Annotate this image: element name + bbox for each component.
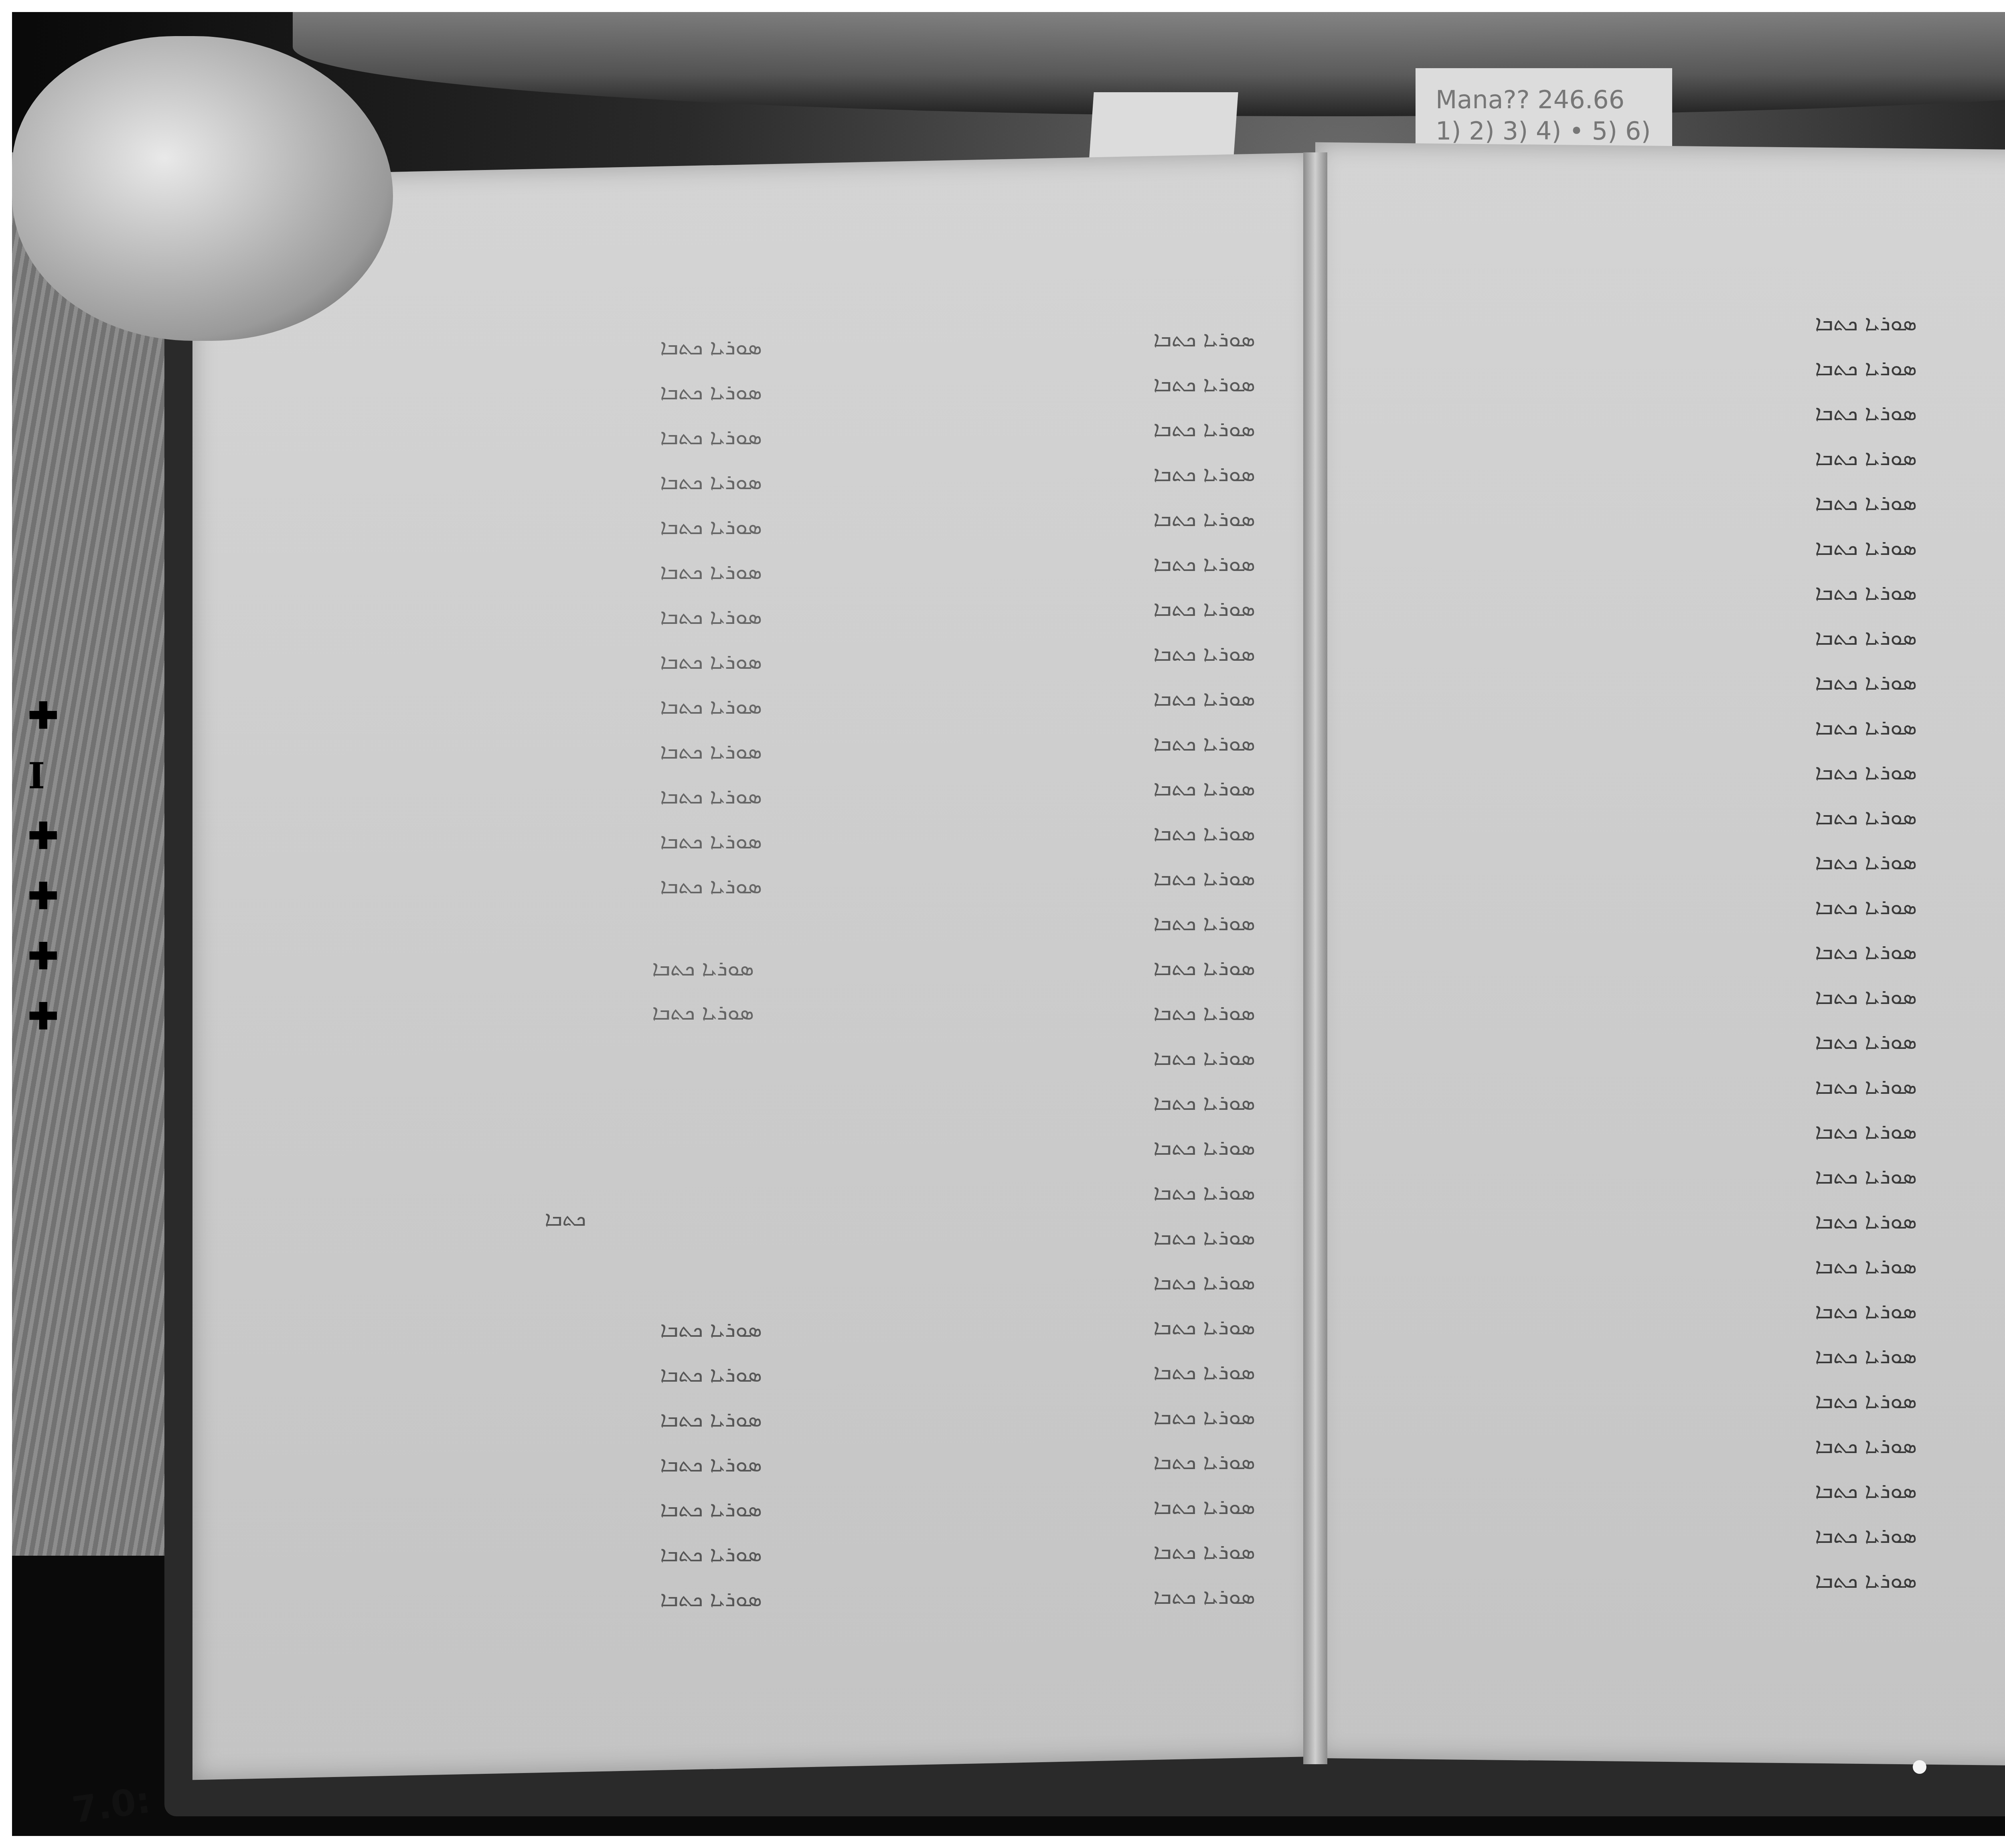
manuscript-line: ܣܘܪܝܐ ܟܬܒܐ bbox=[1913, 399, 2005, 443]
manuscript-line: ܣܘܪܝܐ ܟܬܒܐ bbox=[393, 1352, 762, 1397]
manuscript-line: ܣܘܪܝܐ ܟܬܒܐ bbox=[1913, 1431, 2005, 1476]
manuscript-line: ܣܘܪܝܐ ܟܬܒܐ bbox=[1395, 705, 1917, 750]
left-page-column-1-bottom: ܣܘܪܝܐ ܟܬܒܐܣܘܪܝܐ ܟܬܒܐܣܘܪܝܐ ܟܬܒܐܣܘܪܝܐ ܟܬܒܐ… bbox=[393, 1307, 762, 1648]
manuscript-line: ܣܘܪܝܐ ܟܬܒܐ bbox=[1913, 1566, 2005, 1611]
manuscript-line: ܣܘܪܝܐ ܟܬܒܐ bbox=[1395, 1513, 1917, 1558]
manuscript-line: ܣܘܪܝܐ ܟܬܒܐ bbox=[1913, 354, 2005, 399]
manuscript-line: ܣܘܪܝܐ ܟܬܒܐ bbox=[393, 864, 762, 906]
photograph-frame: ✚ I ✚ ✚ ✚ ✚ Mana?? 246.66 1) 2) 3) 4) • … bbox=[12, 12, 2005, 1836]
manuscript-line: ܣܘܪܝܐ ܟܬܒܐ bbox=[1395, 1199, 1917, 1244]
manuscript-line: ܣܘܪܝܐ ܟܬܒܐ bbox=[1913, 1342, 2005, 1387]
left-page-subscript: ܣܘܪܝܐ ܟܬܒܐܣܘܪܝܐ ܟܬܒܐ bbox=[433, 946, 754, 1034]
manuscript-line: ܣܘܪܝܐ ܟܬܒܐ bbox=[393, 594, 762, 639]
manuscript-line: ܣܘܪܝܐ ܟܬܒܐ bbox=[1395, 660, 1917, 705]
manuscript-line: ܣܘܪܝܐ ܟܬܒܐ bbox=[1913, 1521, 2005, 1566]
manuscript-line: ܣܘܪܝܐ ܟܬܒܐ bbox=[774, 1305, 1255, 1350]
manuscript-line: ܣܘܪܝܐ ܟܬܒܐ bbox=[393, 415, 762, 459]
manuscript-line: ܣܘܪܝܐ ܟܬܒܐ bbox=[774, 1215, 1255, 1260]
manuscript-line: ܣܘܪܝܐ ܟܬܒܐ bbox=[774, 586, 1255, 631]
manuscript-line: ܣܘܪܝܐ ܟܬܒܐ bbox=[774, 541, 1255, 586]
manuscript-line: ܣܘܪܝܐ ܟܬܒܐ bbox=[1913, 578, 2005, 623]
manuscript-line: ܣܘܪܝܐ ܟܬܒܐ bbox=[1913, 533, 2005, 578]
manuscript-line: ܣܘܪܝܐ ܟܬܒܐ bbox=[1395, 346, 1917, 391]
manuscript-line: ܣܘܪܝܐ ܟܬܒܐ bbox=[1395, 1064, 1917, 1109]
manuscript-line: ܣܘܪܝܐ ܟܬܒܐ bbox=[1913, 488, 2005, 533]
manuscript-line: ܣܘܪܝܐ ܟܬܒܐ bbox=[393, 639, 762, 684]
manuscript-line: ܣܘܪܝܐ ܟܬܒܐ bbox=[774, 1529, 1255, 1574]
left-page-column-1: ܣܘܪܝܐ ܟܬܒܐܣܘܪܝܐ ܟܬܒܐܣܘܪܝܐ ܟܬܒܐܣܘܪܝܐ ܟܬܒܐ… bbox=[393, 325, 762, 906]
manuscript-line: ܣܘܪܝܐ ܟܬܒܐ bbox=[1395, 750, 1917, 795]
manuscript-line: ܣܘܪܝܐ ܟܬܒܐ bbox=[393, 1442, 762, 1487]
manuscript-line: ܣܘܪܝܐ ܟܬܒܐ bbox=[1395, 570, 1917, 615]
manuscript-line: ܣܘܪܝܐ ܟܬܒܐ bbox=[1395, 1109, 1917, 1154]
manuscript-line: ܣܘܪܝܐ ܟܬܒܐ bbox=[1913, 1117, 2005, 1162]
manuscript-line: ܣܘܪܝܐ ܟܬܒܐ bbox=[774, 1395, 1255, 1439]
manuscript-line: ܣܘܪܝܐ ܟܬܒܐ bbox=[1913, 713, 2005, 758]
manuscript-line: ܣܘܪܝܐ ܟܬܒܐ bbox=[1395, 840, 1917, 885]
manuscript-line: ܣܘܪܝܐ ܟܬܒܐ bbox=[433, 990, 754, 1034]
manuscript-line: ܣܘܪܝܐ ܟܬܒܐ bbox=[393, 1532, 762, 1577]
catalog-slip-line-1: Mana?? 246.66 bbox=[1436, 84, 1652, 115]
manuscript-line: ܣܘܪܝܐ ܟܬܒܐ bbox=[393, 1397, 762, 1442]
paper-spot bbox=[1913, 1760, 1926, 1774]
manuscript-line: ܣܘܪܝܐ ܟܬܒܐ bbox=[433, 946, 754, 990]
manuscript-line: ܣܘܪܝܐ ܟܬܒܐ bbox=[1913, 758, 2005, 803]
manuscript-line: ܣܘܪܝܐ ܟܬܒܐ bbox=[393, 549, 762, 594]
manuscript-line: ܣܘܪܝܐ ܟܬܒܐ bbox=[774, 1125, 1255, 1170]
manuscript-line: ܣܘܪܝܐ ܟܬܒܐ bbox=[774, 1484, 1255, 1529]
manuscript-line: ܣܘܪܝܐ ܟܬܒܐ bbox=[393, 370, 762, 415]
manuscript-line: ܣܘܪܝܐ ܟܬܒܐ bbox=[774, 631, 1255, 676]
manuscript-line: ܣܘܪܝܐ ܟܬܒܐ bbox=[774, 1439, 1255, 1484]
manuscript-line: ܣܘܪܝܐ ܟܬܒܐ bbox=[1395, 1334, 1917, 1378]
adjacent-book-cross-marks: ✚ I ✚ ✚ ✚ ✚ bbox=[28, 686, 56, 1046]
manuscript-line: ܣܘܪܝܐ ܟܬܒܐ bbox=[774, 451, 1255, 496]
manuscript-line: ܣܘܪܝܐ ܟܬܒܐ bbox=[774, 990, 1255, 1035]
manuscript-line: ܣܘܪܝܐ ܟܬܒܐ bbox=[1913, 803, 2005, 848]
manuscript-line: ܣܘܪܝܐ ܟܬܒܐ bbox=[774, 856, 1255, 901]
manuscript-line: ܣܘܪܝܐ ܟܬܒܐ bbox=[774, 1170, 1255, 1215]
manuscript-line: ܣܘܪܝܐ ܟܬܒܐ bbox=[1395, 1423, 1917, 1468]
manuscript-line: ܣܘܪܝܐ ܟܬܒܐ bbox=[774, 676, 1255, 721]
manuscript-line: ܣܘܪܝܐ ܟܬܒܐ bbox=[1913, 309, 2005, 354]
manuscript-line: ܣܘܪܝܐ ܟܬܒܐ bbox=[1913, 937, 2005, 982]
manuscript-line: ܣܘܪܝܐ ܟܬܒܐ bbox=[1913, 893, 2005, 937]
manuscript-line: ܣܘܪܝܐ ܟܬܒܐ bbox=[1395, 885, 1917, 929]
manuscript-line: ܣܘܪܝܐ ܟܬܒܐ bbox=[1395, 480, 1917, 525]
left-page-heading: ܟܬܒܐ bbox=[473, 1207, 658, 1231]
manuscript-line: ܣܘܪܝܐ ܟܬܒܐ bbox=[393, 819, 762, 864]
manuscript-line: ܣܘܪܝܐ ܟܬܒܐ bbox=[393, 729, 762, 774]
manuscript-line: ܣܘܪܝܐ ܟܬܒܐ bbox=[1395, 301, 1917, 346]
right-page-column-2: ܣܘܪܝܐ ܟܬܒܐܣܘܪܝܐ ܟܬܒܐܣܘܪܝܐ ܟܬܒܐܣܘܪܝܐ ܟܬܒܐ… bbox=[1913, 309, 2005, 1632]
manuscript-line: ܣܘܪܝܐ ܟܬܒܐ bbox=[1395, 1378, 1917, 1423]
catalog-slip-line-2: 1) 2) 3) 4) • 5) 6) bbox=[1436, 115, 1652, 147]
manuscript-line: ܣܘܪܝܐ ܟܬܒܐ bbox=[1913, 1252, 2005, 1297]
manuscript-line: ܣܘܪܝܐ ܟܬܒܐ bbox=[1395, 1019, 1917, 1064]
manuscript-line: ܣܘܪܝܐ ܟܬܒܐ bbox=[1913, 1027, 2005, 1072]
manuscript-line: ܣܘܪܝܐ ܟܬܒܐ bbox=[1913, 1162, 2005, 1207]
manuscript-line: ܣܘܪܝܐ ܟܬܒܐ bbox=[1395, 1468, 1917, 1513]
manuscript-line: ܣܘܪܝܐ ܟܬܒܐ bbox=[1395, 615, 1917, 660]
manuscript-line: ܣܘܪܝܐ ܟܬܒܐ bbox=[1913, 1476, 2005, 1521]
manuscript-line: ܣܘܪܝܐ ܟܬܒܐ bbox=[774, 496, 1255, 541]
manuscript-line: ܣܘܪܝܐ ܟܬܒܐ bbox=[774, 1260, 1255, 1305]
manuscript-line: ܣܘܪܝܐ ܟܬܒܐ bbox=[393, 1487, 762, 1532]
left-page-column-2: ܣܘܪܝܐ ܟܬܒܐܣܘܪܝܐ ܟܬܒܐܣܘܪܝܐ ܟܬܒܐܣܘܪܝܐ ܟܬܒܐ… bbox=[774, 317, 1255, 1640]
manuscript-line: ܣܘܪܝܐ ܟܬܒܐ bbox=[1913, 443, 2005, 488]
manuscript-line: ܣܘܪܝܐ ܟܬܒܐ bbox=[774, 721, 1255, 766]
manuscript-line: ܣܘܪܝܐ ܟܬܒܐ bbox=[393, 504, 762, 549]
manuscript-line: ܣܘܪܝܐ ܟܬܒܐ bbox=[1395, 974, 1917, 1019]
manuscript-line: ܣܘܪܝܐ ܟܬܒܐ bbox=[1913, 1207, 2005, 1252]
manuscript-line: ܣܘܪܝܐ ܟܬܒܐ bbox=[774, 945, 1255, 990]
manuscript-line: ܣܘܪܝܐ ܟܬܒܐ bbox=[774, 901, 1255, 945]
manuscript-line: ܣܘܪܝܐ ܟܬܒܐ bbox=[774, 1350, 1255, 1395]
manuscript-line: ܣܘܪܝܐ ܟܬܒܐ bbox=[1395, 1289, 1917, 1334]
manuscript-line: ܣܘܪܝܐ ܟܬܒܐ bbox=[1395, 929, 1917, 974]
manuscript-line: ܣܘܪܝܐ ܟܬܒܐ bbox=[1913, 848, 2005, 893]
manuscript-line: ܣܘܪܝܐ ܟܬܒܐ bbox=[1913, 982, 2005, 1027]
manuscript-line: ܣܘܪܝܐ ܟܬܒܐ bbox=[774, 317, 1255, 362]
manuscript-line: ܣܘܪܝܐ ܟܬܒܐ bbox=[774, 1080, 1255, 1125]
manuscript-line: ܣܘܪܝܐ ܟܬܒܐ bbox=[774, 362, 1255, 407]
manuscript-line: ܣܘܪܝܐ ܟܬܒܐ bbox=[1395, 435, 1917, 480]
manuscript-line: ܣܘܪܝܐ ܟܬܒܐ bbox=[1395, 1558, 1917, 1603]
manuscript-line: ܣܘܪܝܐ ܟܬܒܐ bbox=[1395, 795, 1917, 840]
manuscript-line: ܣܘܪܝܐ ܟܬܒܐ bbox=[774, 1035, 1255, 1080]
right-page-column-1: ܣܘܪܝܐ ܟܬܒܐܣܘܪܝܐ ܟܬܒܐܣܘܪܝܐ ܟܬܒܐܣܘܪܝܐ ܟܬܒܐ… bbox=[1395, 301, 1917, 1624]
manuscript-line: ܣܘܪܝܐ ܟܬܒܐ bbox=[1913, 1072, 2005, 1117]
manuscript-line: ܣܘܪܝܐ ܟܬܒܐ bbox=[1395, 525, 1917, 570]
manuscript-line: ܣܘܪܝܐ ܟܬܒܐ bbox=[1395, 1244, 1917, 1289]
manuscript-line: ܣܘܪܝܐ ܟܬܒܐ bbox=[1913, 623, 2005, 668]
manuscript-line: ܣܘܪܝܐ ܟܬܒܐ bbox=[1913, 1387, 2005, 1431]
manuscript-line: ܣܘܪܝܐ ܟܬܒܐ bbox=[393, 1307, 762, 1352]
manuscript-line: ܣܘܪܝܐ ܟܬܒܐ bbox=[774, 407, 1255, 451]
manuscript-line: ܣܘܪܝܐ ܟܬܒܐ bbox=[393, 774, 762, 819]
manuscript-line: ܣܘܪܝܐ ܟܬܒܐ bbox=[774, 1574, 1255, 1619]
manuscript-line: ܣܘܪܝܐ ܟܬܒܐ bbox=[1913, 1297, 2005, 1342]
manuscript-line: ܣܘܪܝܐ ܟܬܒܐ bbox=[393, 325, 762, 370]
book-gutter bbox=[1303, 152, 1327, 1764]
manuscript-line: ܣܘܪܝܐ ܟܬܒܐ bbox=[774, 766, 1255, 811]
manuscript-line: ܣܘܪܝܐ ܟܬܒܐ bbox=[393, 1577, 762, 1621]
manuscript-line: ܣܘܪܝܐ ܟܬܒܐ bbox=[1395, 1154, 1917, 1199]
manuscript-line: ܣܘܪܝܐ ܟܬܒܐ bbox=[1395, 391, 1917, 435]
manuscript-line: ܣܘܪܝܐ ܟܬܒܐ bbox=[774, 811, 1255, 856]
manuscript-line: ܣܘܪܝܐ ܟܬܒܐ bbox=[393, 684, 762, 729]
manuscript-line: ܣܘܪܝܐ ܟܬܒܐ bbox=[1913, 668, 2005, 713]
manuscript-line: ܣܘܪܝܐ ܟܬܒܐ bbox=[393, 459, 762, 504]
